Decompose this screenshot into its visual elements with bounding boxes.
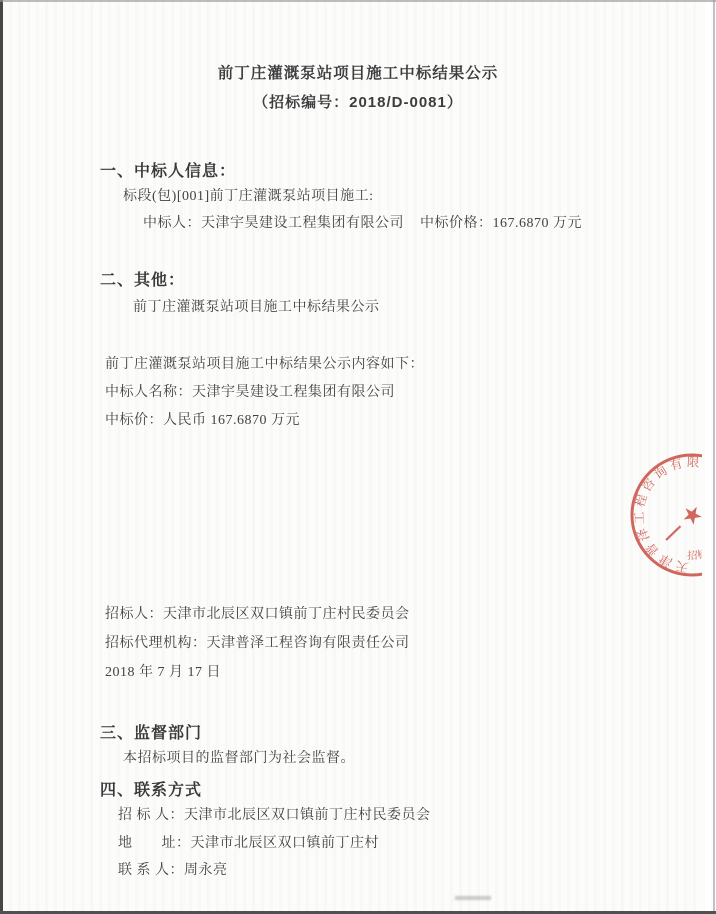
scan-right-margin <box>702 0 716 914</box>
scanned-document-page: 前丁庄灌溉泵站项目施工中标结果公示 （招标编号：2018/D-0081） 一、中… <box>0 0 716 914</box>
supervision-body-line: 本招标项目的监督部门为社会监督。 <box>123 749 355 769</box>
contact-person-line: 联 系 人：周永亮 <box>118 861 228 881</box>
winning-price-line: 中标价：人民币 167.6870 万元 <box>105 411 300 431</box>
section-heading-winner-info: 一、中标人信息： <box>100 158 236 181</box>
date-line: 2018 年 7 月 17 日 <box>105 663 221 683</box>
contact-address-line: 地 址：天津市北辰区双口镇前丁庄村 <box>118 834 379 854</box>
stamp-left-dash <box>666 526 680 540</box>
page-left-edge <box>0 0 3 914</box>
section-heading-supervision: 三、监督部门 <box>100 720 202 743</box>
section-heading-contact: 四、联系方式 <box>100 777 202 800</box>
document-title: 前丁庄灌溉泵站项目施工中标结果公示 <box>0 61 716 83</box>
scan-smudge <box>455 896 491 900</box>
section-heading-other: 二、其他： <box>100 267 185 290</box>
agency-line: 招标代理机构：天津普泽工程咨询有限责任公司 <box>105 634 410 654</box>
stamp-company-arc-text: 天津普泽工程咨询有限责任公司 <box>607 429 716 585</box>
package-line: 标段(包)[001]前丁庄灌溉泵站项目施工: <box>123 187 374 207</box>
contact-tenderer-line: 招 标 人：天津市北辰区双口镇前丁庄村民委员会 <box>118 806 431 826</box>
price-line: 中标价格：167.6870 万元 <box>420 214 582 234</box>
tenderer-line: 招标人：天津市北辰区双口镇前丁庄村民委员会 <box>105 605 410 625</box>
winner-name-line: 中标人名称：天津宇昊建设工程集团有限公司 <box>105 383 395 403</box>
page-top-edge <box>0 0 716 2</box>
announcement-title-line: 前丁庄灌溉泵站项目施工中标结果公示 <box>133 298 380 318</box>
agency-stamp: 天津普泽工程咨询有限责任公司 招标代理专用章 ★ <box>593 416 716 614</box>
winner-line: 中标人：天津宇昊建设工程集团有限公司 <box>143 214 404 234</box>
tender-number: （招标编号：2018/D-0081） <box>0 91 716 112</box>
page-right-edge <box>713 0 715 914</box>
content-intro-line: 前丁庄灌溉泵站项目施工中标结果公示内容如下： <box>105 355 424 375</box>
